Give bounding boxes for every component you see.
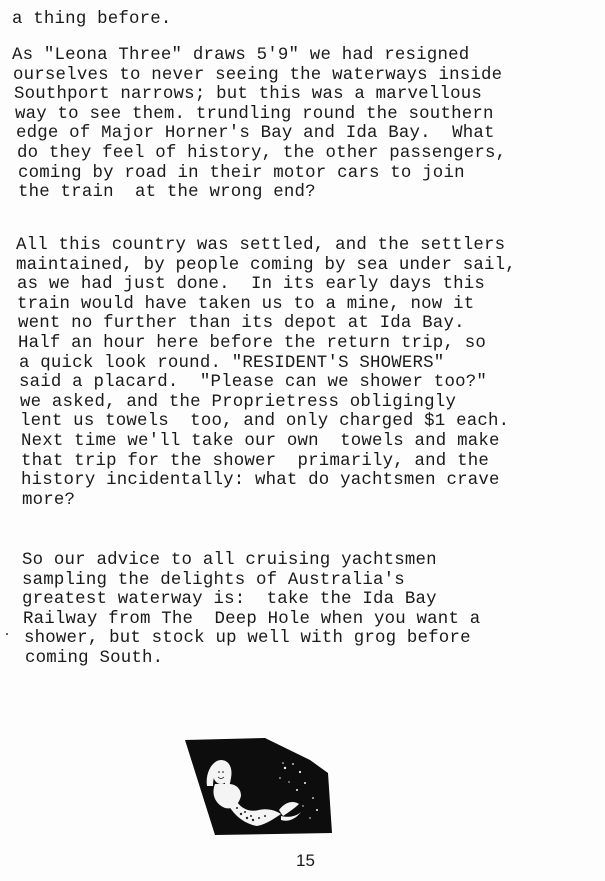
text-line: said a placard. "Please can we shower to… <box>19 373 487 393</box>
text-line: lent us towels too, and only charged $1 … <box>20 412 509 432</box>
text-line: went no further than its depot at Ida Ba… <box>18 314 465 334</box>
text-line: train would have taken us to a mine, now… <box>17 295 474 315</box>
text-line: Half an hour here before the return trip… <box>18 334 486 354</box>
text-line: Next time we'll take our own towels and … <box>21 432 500 452</box>
text-line: coming by road in their motor cars to jo… <box>18 164 465 184</box>
text-line: more? <box>22 491 75 511</box>
text-line: All this country was settled, and the se… <box>16 236 505 256</box>
text-line: shower, but stock up well with grog befo… <box>24 629 471 649</box>
text-line: do they feel of history, the other passe… <box>17 144 506 164</box>
text-line: as we had just done. In its early days t… <box>17 275 485 295</box>
text-line: history incidentally: what do yachtsmen … <box>21 471 500 491</box>
text-line: As "Leona Three" draws 5'9" we had resig… <box>12 46 469 66</box>
document-page: a thing before.As "Leona Three" draws 5'… <box>0 0 605 881</box>
text-line: Railway from The Deep Hole when you want… <box>23 610 480 630</box>
text-line: the train at the wrong end? <box>18 183 316 203</box>
text-line: greatest waterway is: take the Ida Bay <box>22 590 437 610</box>
stray-mark <box>6 633 8 635</box>
text-line: a thing before. <box>12 10 172 30</box>
mermaid-illustration-icon <box>185 738 385 838</box>
text-line: Southport narrows; but this was a marvel… <box>14 85 482 105</box>
text-line: way to see them. trundling round the sou… <box>15 105 494 125</box>
text-line: coming South. <box>25 649 163 669</box>
text-line: ourselves to never seeing the waterways … <box>13 66 502 86</box>
text-line: that trip for the shower primarily, and … <box>21 452 489 472</box>
text-line: a quick look round. "RESIDENT'S SHOWERS" <box>19 354 444 374</box>
text-line: So our advice to all cruising yachtsmen <box>22 551 437 571</box>
text-line: we asked, and the Proprietress obligingl… <box>20 393 456 413</box>
text-line: maintained, by people coming by sea unde… <box>16 256 516 276</box>
page-number: 15 <box>296 851 315 871</box>
text-line: sampling the delights of Australia's <box>22 571 405 591</box>
text-line: edge of Major Horner's Bay and Ida Bay. … <box>16 124 495 144</box>
